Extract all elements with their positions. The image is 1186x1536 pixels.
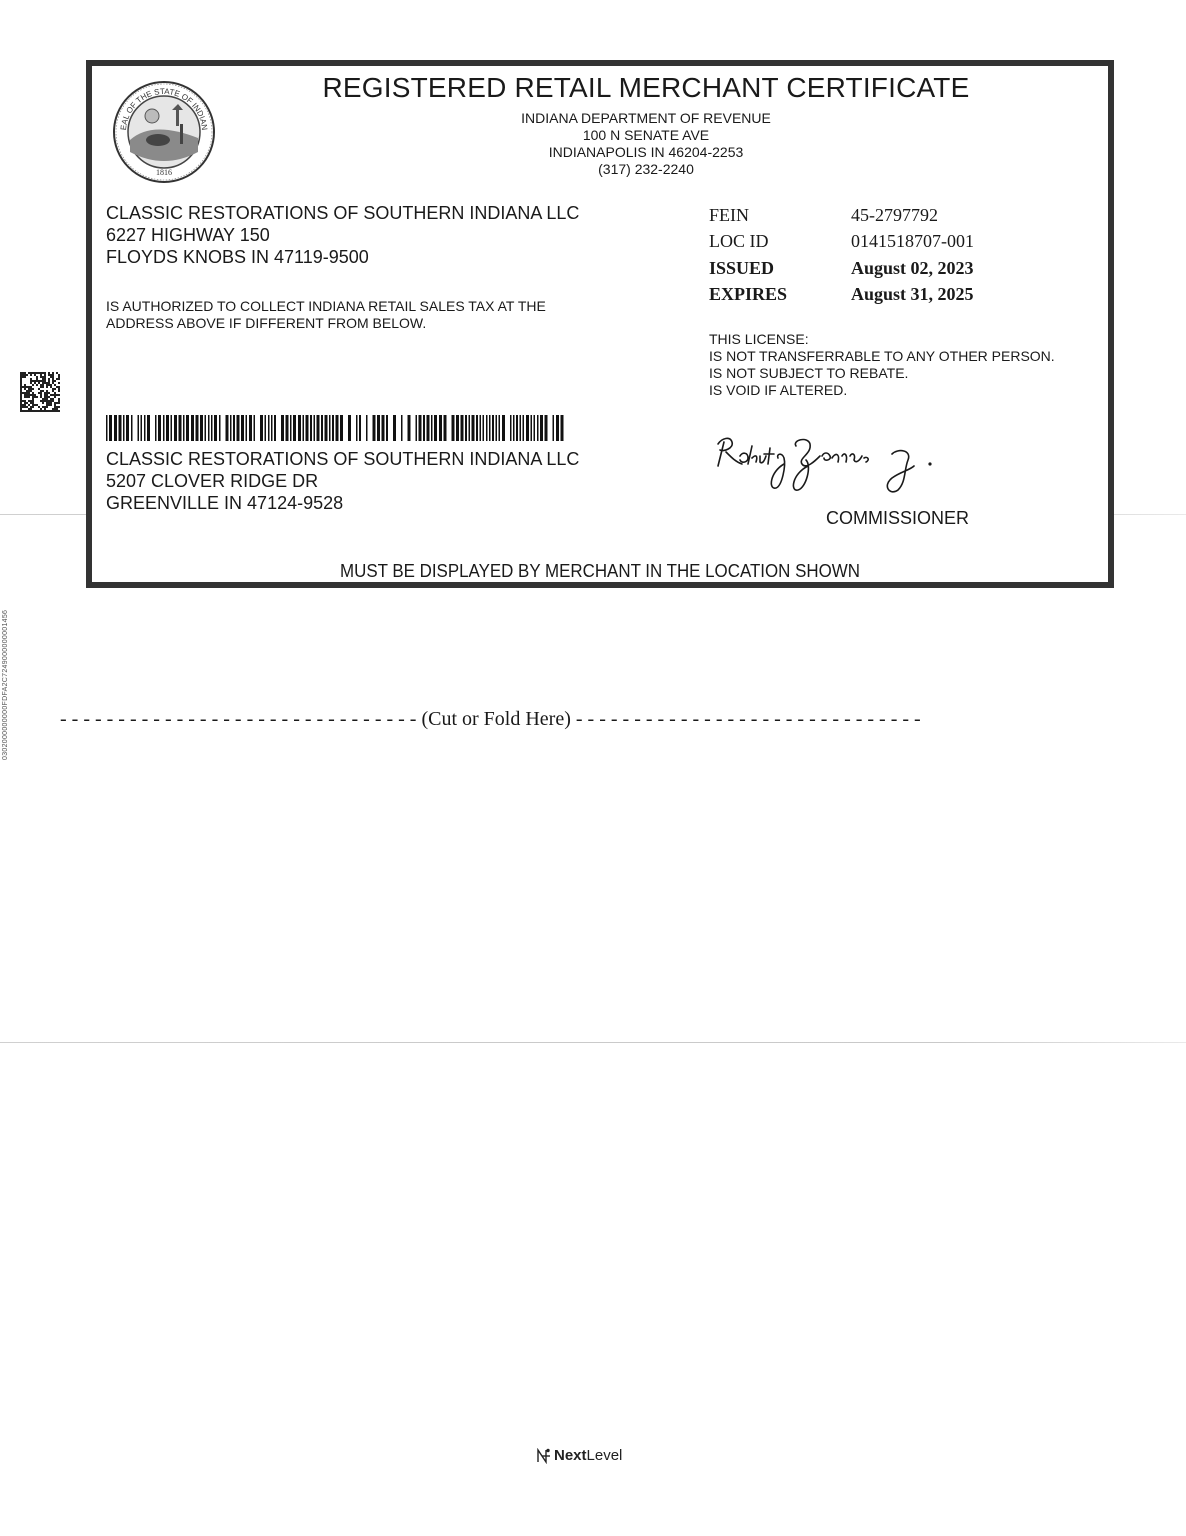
id-row-expires: EXPIRES August 31, 2025 xyxy=(709,282,974,309)
cut-fold-label: (Cut or Fold Here) xyxy=(421,708,570,730)
mailing-address: CLASSIC RESTORATIONS OF SOUTHERN INDIANA… xyxy=(106,448,579,514)
loc-id-label: LOC ID xyxy=(709,231,851,252)
agency-phone: (317) 232-2240 xyxy=(184,161,1108,178)
issued-label: ISSUED xyxy=(709,258,851,279)
merchant-certificate: 1816 SEAL OF THE STATE OF INDIANA REGIST… xyxy=(86,60,1114,588)
mailing-name: CLASSIC RESTORATIONS OF SOUTHERN INDIANA… xyxy=(106,448,579,470)
license-term: IS NOT TRANSFERRABLE TO ANY OTHER PERSON… xyxy=(709,348,1055,365)
business-location-address: CLASSIC RESTORATIONS OF SOUTHERN INDIANA… xyxy=(106,202,579,268)
authorization-line-1: IS AUTHORIZED TO COLLECT INDIANA RETAIL … xyxy=(106,298,646,315)
mailing-city: GREENVILLE IN 47124-9528 xyxy=(106,492,579,514)
cut-dashes-right: - - - - - - - - - - - - - - - - - - - - … xyxy=(576,708,921,730)
fein-value: 45-2797792 xyxy=(851,205,938,226)
expires-value: August 31, 2025 xyxy=(851,284,974,305)
fein-label: FEIN xyxy=(709,205,851,226)
agency-street: 100 N SENATE AVE xyxy=(184,127,1108,144)
mailing-street: 5207 CLOVER RIDGE DR xyxy=(106,470,579,492)
business-name: CLASSIC RESTORATIONS OF SOUTHERN INDIANA… xyxy=(106,202,579,224)
license-heading: THIS LICENSE: xyxy=(709,331,1055,348)
display-notice: MUST BE DISPLAYED BY MERCHANT IN THE LOC… xyxy=(122,561,1077,582)
issued-value: August 02, 2023 xyxy=(851,258,974,279)
cut-fold-line: - - - - - - - - - - - - - - - - - - - - … xyxy=(60,708,1130,731)
id-row-fein: FEIN 45-2797792 xyxy=(709,202,974,229)
nextlevel-logo: NextLevel xyxy=(536,1447,622,1464)
license-terms: THIS LICENSE: IS NOT TRANSFERRABLE TO AN… xyxy=(709,331,1055,399)
certificate-title: REGISTERED RETAIL MERCHANT CERTIFICATE xyxy=(92,72,1108,104)
side-tracking-code: 0302000000000FDFA2C7249000000001456 xyxy=(2,610,9,760)
id-row-loc-id: LOC ID 0141518707-001 xyxy=(709,229,974,256)
license-term: IS VOID IF ALTERED. xyxy=(709,382,1055,399)
authorization-line-2: ADDRESS ABOVE IF DIFFERENT FROM BELOW. xyxy=(106,315,646,332)
business-city: FLOYDS KNOBS IN 47119-9500 xyxy=(106,246,579,268)
signature-icon xyxy=(712,426,982,506)
license-term: IS NOT SUBJECT TO REBATE. xyxy=(709,365,1055,382)
brand-next: Next xyxy=(554,1447,587,1464)
certificate-ids: FEIN 45-2797792 LOC ID 0141518707-001 IS… xyxy=(709,202,974,308)
datamatrix-code-icon xyxy=(20,372,60,412)
authorization-statement: IS AUTHORIZED TO COLLECT INDIANA RETAIL … xyxy=(106,298,646,332)
scan-fold-line-lower xyxy=(0,1042,1186,1043)
brand-level: Level xyxy=(587,1447,623,1464)
id-row-issued: ISSUED August 02, 2023 xyxy=(709,255,974,282)
cut-dashes-left: - - - - - - - - - - - - - - - - - - - - … xyxy=(60,708,421,730)
postal-barcode-icon xyxy=(106,415,564,441)
nextlevel-logo-icon xyxy=(536,1448,552,1464)
agency-name: INDIANA DEPARTMENT OF REVENUE xyxy=(184,110,1108,127)
business-street: 6227 HIGHWAY 150 xyxy=(106,224,579,246)
agency-address: INDIANA DEPARTMENT OF REVENUE 100 N SENA… xyxy=(92,110,1108,178)
agency-city: INDIANAPOLIS IN 46204-2253 xyxy=(184,144,1108,161)
loc-id-value: 0141518707-001 xyxy=(851,231,974,252)
commissioner-title: COMMISSIONER xyxy=(826,508,969,529)
expires-label: EXPIRES xyxy=(709,284,851,305)
